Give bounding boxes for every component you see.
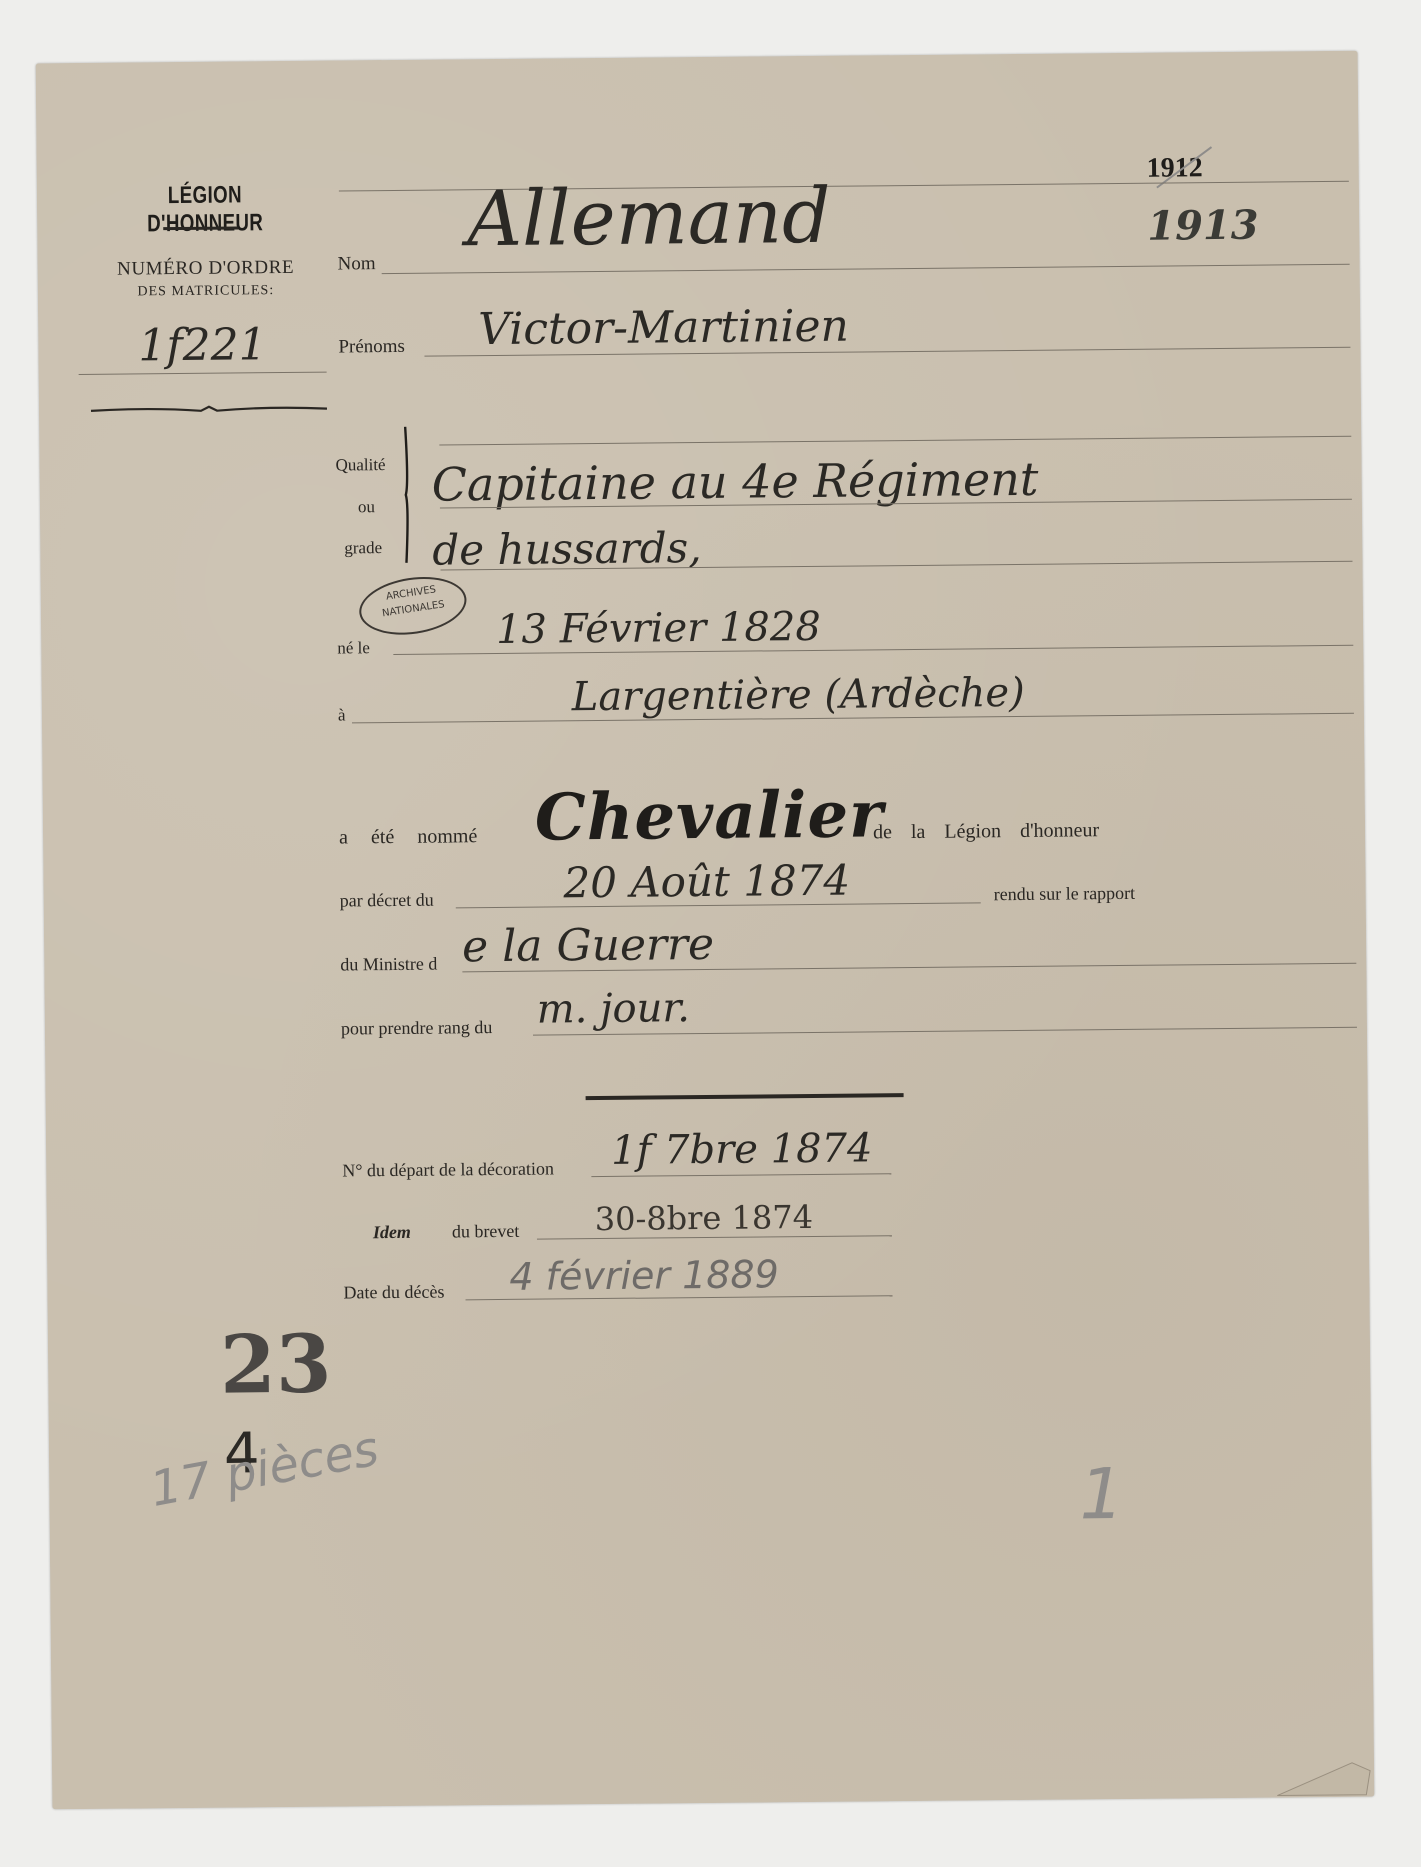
rang-value: m. jour.	[537, 985, 690, 1032]
grade-label: grade	[344, 538, 382, 558]
legion-honneur-title: LÉGION D'HONNEUR	[111, 181, 299, 239]
rapport-label: rendu sur le rapport	[994, 883, 1136, 905]
prenoms-label: Prénoms	[338, 336, 405, 359]
nom-label: Nom	[337, 253, 375, 275]
rang-label: pour prendre rang du	[341, 1017, 493, 1039]
depart-value: 1f 7bre 1874	[611, 1125, 873, 1174]
deces-value: 4 février 1889	[509, 1252, 779, 1299]
stamped-number: 23	[220, 1317, 332, 1412]
strikethrough-mark	[1151, 142, 1221, 193]
ornament-divider	[89, 404, 329, 416]
brevet-value: 30-8bre 1874	[595, 1198, 814, 1238]
decret-value: 20 Août 1874	[563, 856, 850, 908]
section-separator	[586, 1093, 904, 1100]
nom-value: Allemand	[467, 171, 831, 263]
nom-line	[382, 264, 1350, 274]
decret-label: par décret du	[340, 890, 434, 912]
ne-le-label: né le	[337, 638, 370, 658]
a-label: à	[338, 705, 346, 725]
ministre-value: e la Guerre	[462, 919, 714, 972]
matricules-label: DES MATRICULES:	[86, 283, 326, 301]
ou-label: ou	[358, 497, 375, 517]
archives-nationales-stamp: ARCHIVES NATIONALES	[355, 570, 470, 641]
numero-ordre-label: NUMÉRO D'ORDRE	[86, 257, 326, 281]
ministre-label: du Ministre d	[340, 954, 437, 976]
qualite-label: Qualité	[335, 455, 385, 475]
matricule-number: 1f221	[138, 319, 267, 371]
brevet-label: du brevet	[452, 1221, 520, 1243]
overwritten-record-number: 1913	[1147, 202, 1259, 250]
bracket-icon	[399, 425, 416, 565]
matricule-line	[79, 372, 327, 375]
ne-le-value: 13 Février 1828	[496, 604, 821, 653]
page-number: 1	[1079, 1453, 1124, 1535]
nomme-label: a été nommé	[339, 825, 477, 849]
document-card: LÉGION D'HONNEUR NUMÉRO D'ORDRE DES MATR…	[36, 51, 1375, 1810]
prenoms-value: Victor-Martinien	[478, 301, 849, 356]
deces-label: Date du décès	[343, 1282, 444, 1304]
depart-line	[591, 1173, 891, 1177]
idem-label: Idem	[373, 1222, 411, 1243]
pieces-note: 17 pièces	[146, 1421, 383, 1518]
legion-suffix-label: de la Légion d'honneur	[873, 819, 1099, 844]
a-value: Largentière (Ardèche)	[572, 670, 1025, 720]
folded-corner	[1272, 1751, 1372, 1798]
qualite-top-line	[439, 436, 1351, 446]
rank-chevalier: Chevalier	[535, 777, 885, 855]
depart-label: N° du départ de la décoration	[342, 1158, 554, 1181]
